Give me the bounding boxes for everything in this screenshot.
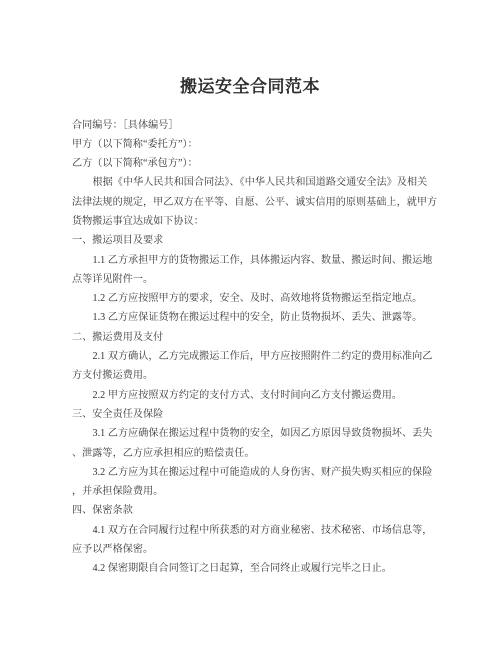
document-line: 2.2 甲方应按照双方约定的支付方式、支付时间向乙方支付搬运费用。 <box>72 386 444 405</box>
document-line: 四、保密条款 <box>72 501 444 520</box>
document-line: 1.1 乙方承担甲方的货物搬运工作，具体搬运内容、数量、搬运时间、搬运地 <box>72 251 444 270</box>
document-line: 点等详见附件一。 <box>72 270 444 289</box>
document-line: 根据《中华人民共和国合同法》、《中华人民共和国道路交通安全法》及相关 <box>72 173 444 192</box>
document-line: 3.2 乙方应为其在搬运过程中可能造成的人身伤害、财产损失购买相应的保险 <box>72 463 444 482</box>
document-line: ，并承担保险费用。 <box>72 482 444 501</box>
document-line: 二、搬运费用及支付 <box>72 328 444 347</box>
document-line: 、泄露等，乙方应承担相应的赔偿责任。 <box>72 444 444 463</box>
document-line: 一、搬运项目及要求 <box>72 231 444 250</box>
document-page: 搬运安全合同范本 合同编号：［具体编号］甲方（以下简称“委托方”）：乙方（以下简… <box>0 0 500 647</box>
document-line: 货物搬运事宜达成如下协议： <box>72 212 444 231</box>
document-line: 乙方（以下简称“承包方”）： <box>72 154 444 173</box>
document-line: 4.1 双方在合同履行过程中所获悉的对方商业秘密、技术秘密、市场信息等， <box>72 521 444 540</box>
document-line: 3.1 乙方应确保在搬运过程中货物的安全，如因乙方原因导致货物损坏、丢失 <box>72 424 444 443</box>
document-line: 三、安全责任及保险 <box>72 405 444 424</box>
document-line: 1.2 乙方应按照甲方的要求，安全、及时、高效地将货物搬运至指定地点。 <box>72 289 444 308</box>
document-line: 2.1 双方确认，乙方完成搬运工作后，甲方应按照附件二约定的费用标准向乙 <box>72 347 444 366</box>
document-line: 方支付搬运费用。 <box>72 366 444 385</box>
document-line: 应予以严格保密。 <box>72 540 444 559</box>
document-line: 合同编号：［具体编号］ <box>72 116 444 135</box>
document-body: 合同编号：［具体编号］甲方（以下简称“委托方”）：乙方（以下简称“承包方”）：根… <box>72 116 444 579</box>
document-title: 搬运安全合同范本 <box>0 76 500 98</box>
document-line: 4.2 保密期限自合同签订之日起算，至合同终止或履行完毕之日止。 <box>72 559 444 578</box>
document-line: 1.3 乙方应保证货物在搬运过程中的安全，防止货物损坏、丢失、泄露等。 <box>72 308 444 327</box>
document-line: 甲方（以下简称“委托方”）： <box>72 135 444 154</box>
document-line: 法律法规的规定，甲乙双方在平等、自愿、公平、诚实信用的原则基础上，就甲方 <box>72 193 444 212</box>
